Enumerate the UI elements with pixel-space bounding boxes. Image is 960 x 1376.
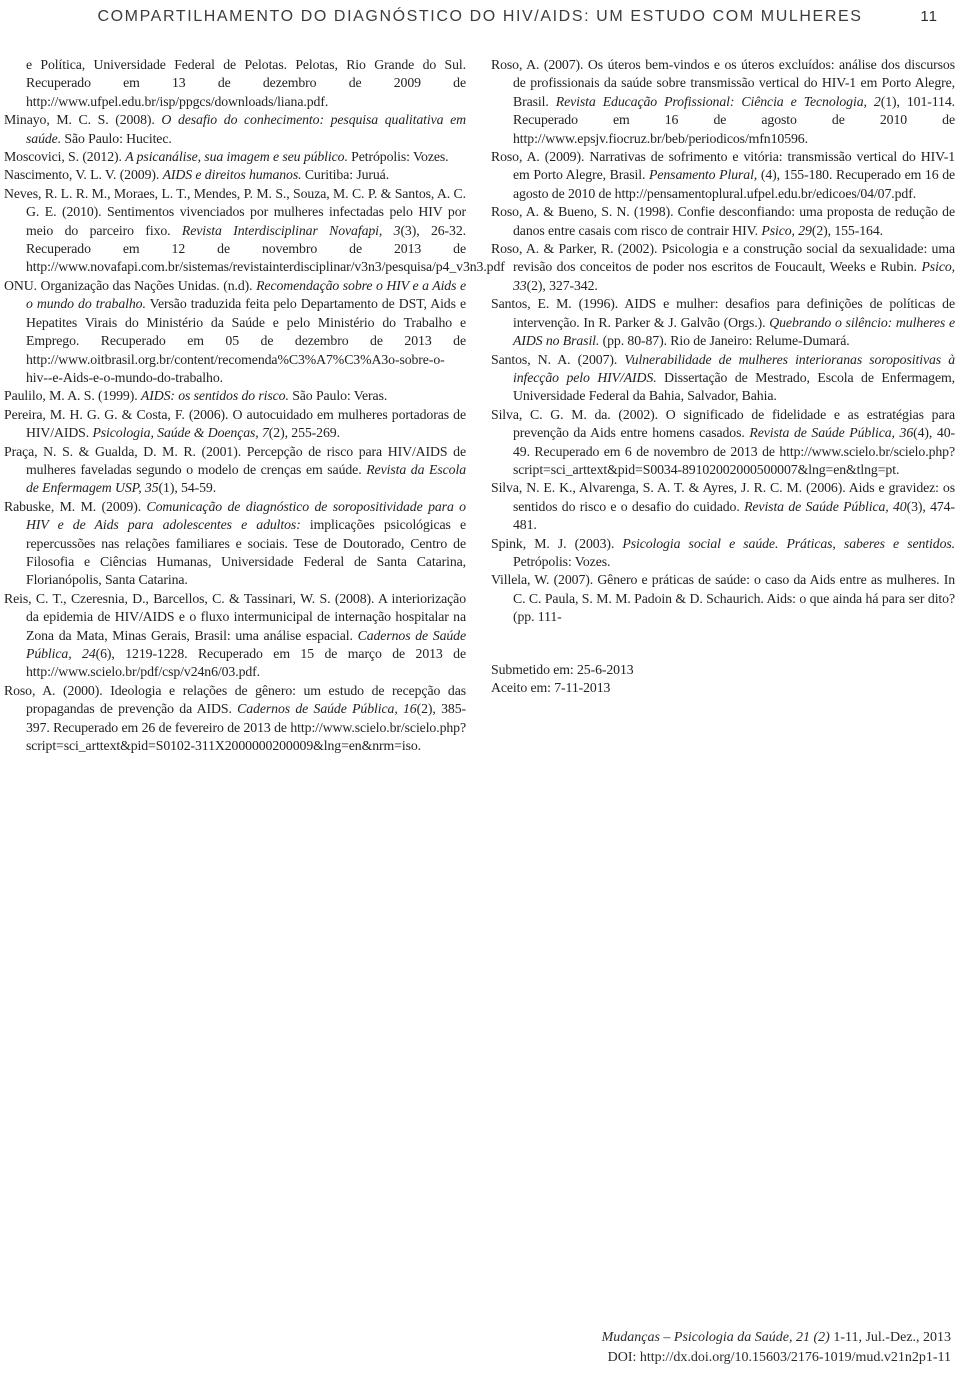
reference-entry: ONU. Organização das Nações Unidas. (n.d…	[4, 277, 466, 387]
reference-text: Nascimento, V. L. V. (2009).	[4, 167, 163, 182]
reference-text: Roso, A. & Bueno, S. N. (1998). Confie d…	[491, 204, 955, 237]
reference-entry: Roso, A. (2000). Ideologia e relações de…	[4, 682, 466, 756]
reference-entry: Nascimento, V. L. V. (2009). AIDS e dire…	[4, 166, 466, 184]
reference-title-italic: A psicanálise, sua imagem e seu público.	[125, 149, 348, 164]
reference-text: Rabuske, M. M. (2009).	[4, 499, 147, 514]
doi-line: DOI: http://dx.doi.org/10.15603/2176-101…	[602, 1348, 951, 1368]
running-head-title: COMPARTILHAMENTO DO DIAGNÓSTICO DO HIV/A…	[0, 8, 960, 26]
reference-text: (1), 54-59.	[159, 480, 217, 495]
page-number: 11	[920, 8, 938, 25]
reference-entry: Silva, C. G. M. da. (2002). O significad…	[491, 406, 955, 480]
reference-entry: Spink, M. J. (2003). Psicologia social e…	[491, 535, 955, 572]
reference-title-italic: Revista de Saúde Pública, 40	[744, 499, 907, 514]
reference-text: Villela, W. (2007). Gênero e práticas de…	[491, 572, 955, 624]
reference-text: Petrópolis: Vozes.	[348, 149, 449, 164]
reference-entry: Roso, A. & Parker, R. (2002). Psicologia…	[491, 240, 955, 295]
reference-entry: Rabuske, M. M. (2009). Comunicação de di…	[4, 498, 466, 590]
reference-text: e Política, Universidade Federal de Pelo…	[26, 57, 466, 109]
journal-issue-info: 1-11, Jul.-Dez., 2013	[830, 1330, 951, 1345]
reference-entry: Santos, N. A. (2007). Vulnerabilidade de…	[491, 351, 955, 406]
journal-name: Mudanças – Psicologia da Saúde, 21 (2)	[602, 1330, 830, 1345]
reference-entry: Silva, N. E. K., Alvarenga, S. A. T. & A…	[491, 479, 955, 534]
reference-text: Roso, A. & Parker, R. (2002). Psicologia…	[491, 241, 955, 274]
reference-text: Spink, M. J. (2003).	[491, 536, 622, 551]
reference-title-italic: Revista Educação Profissional: Ciência e…	[556, 94, 881, 109]
reference-text: (pp. 80-87). Rio de Janeiro: Relume-Duma…	[599, 333, 849, 348]
references-column-left: e Política, Universidade Federal de Pelo…	[4, 56, 466, 755]
reference-entry: Reis, C. T., Czeresnia, D., Barcellos, C…	[4, 590, 466, 682]
reference-text: Curitiba: Juruá.	[301, 167, 389, 182]
reference-text: (2), 327-342.	[527, 278, 598, 293]
accepted-date: Aceito em: 7-11-2013	[491, 679, 955, 697]
reference-entry: Minayo, M. C. S. (2008). O desafio do co…	[4, 111, 466, 148]
reference-entry: Roso, A. & Bueno, S. N. (1998). Confie d…	[491, 203, 955, 240]
reference-text: São Paulo: Hucitec.	[61, 131, 172, 146]
page-footer: Mudanças – Psicologia da Saúde, 21 (2) 1…	[602, 1328, 951, 1367]
references-column-right: Roso, A. (2007). Os úteros bem-vindos e …	[491, 56, 955, 627]
reference-entry: Roso, A. (2009). Narrativas de sofriment…	[491, 148, 955, 203]
reference-text: Moscovici, S. (2012).	[4, 149, 125, 164]
journal-citation: Mudanças – Psicologia da Saúde, 21 (2) 1…	[602, 1328, 951, 1348]
reference-text: (2), 155-164.	[812, 223, 883, 238]
reference-title-italic: Psico, 29	[761, 223, 811, 238]
reference-title-italic: Revista de Saúde Pública, 36	[749, 425, 913, 440]
reference-entry: Pereira, M. H. G. G. & Costa, F. (2006).…	[4, 406, 466, 443]
submission-block: Submetido em: 25-6-2013 Aceito em: 7-11-…	[491, 661, 955, 698]
reference-text: Minayo, M. C. S. (2008).	[4, 112, 161, 127]
reference-title-italic: Pensamento Plural,	[649, 167, 757, 182]
reference-text: Santos, N. A. (2007).	[491, 352, 624, 367]
reference-text: (2), 255-269.	[269, 425, 340, 440]
reference-entry: Neves, R. L. R. M., Moraes, L. T., Mende…	[4, 185, 466, 277]
reference-text: Petrópolis: Vozes.	[513, 554, 610, 569]
reference-entry: Praça, N. S. & Gualda, D. M. R. (2001). …	[4, 443, 466, 498]
submitted-date: Submetido em: 25-6-2013	[491, 661, 955, 679]
reference-entry: Santos, E. M. (1996). AIDS e mulher: des…	[491, 295, 955, 350]
reference-title-italic: Psicologia social e saúde. Práticas, sab…	[622, 536, 955, 551]
reference-title-italic: Psicologia, Saúde & Doenças, 7	[92, 425, 268, 440]
reference-entry: Roso, A. (2007). Os úteros bem-vindos e …	[491, 56, 955, 148]
reference-entry: e Política, Universidade Federal de Pelo…	[4, 56, 466, 111]
right-column: Roso, A. (2007). Os úteros bem-vindos e …	[491, 56, 955, 697]
reference-text: Paulilo, M. A. S. (1999).	[4, 388, 141, 403]
reference-entry: Villela, W. (2007). Gênero e práticas de…	[491, 571, 955, 626]
reference-entry: Moscovici, S. (2012). A psicanálise, sua…	[4, 148, 466, 166]
reference-title-italic: AIDS e direitos humanos.	[163, 167, 302, 182]
reference-text: ONU. Organização das Nações Unidas. (n.d…	[4, 278, 256, 293]
reference-title-italic: Cadernos de Saúde Pública, 16	[237, 701, 416, 716]
reference-title-italic: AIDS: os sentidos do risco.	[141, 388, 289, 403]
reference-text: São Paulo: Veras.	[289, 388, 387, 403]
reference-title-italic: Revista Interdisciplinar Novafapi, 3	[182, 223, 401, 238]
reference-entry: Paulilo, M. A. S. (1999). AIDS: os senti…	[4, 387, 466, 405]
